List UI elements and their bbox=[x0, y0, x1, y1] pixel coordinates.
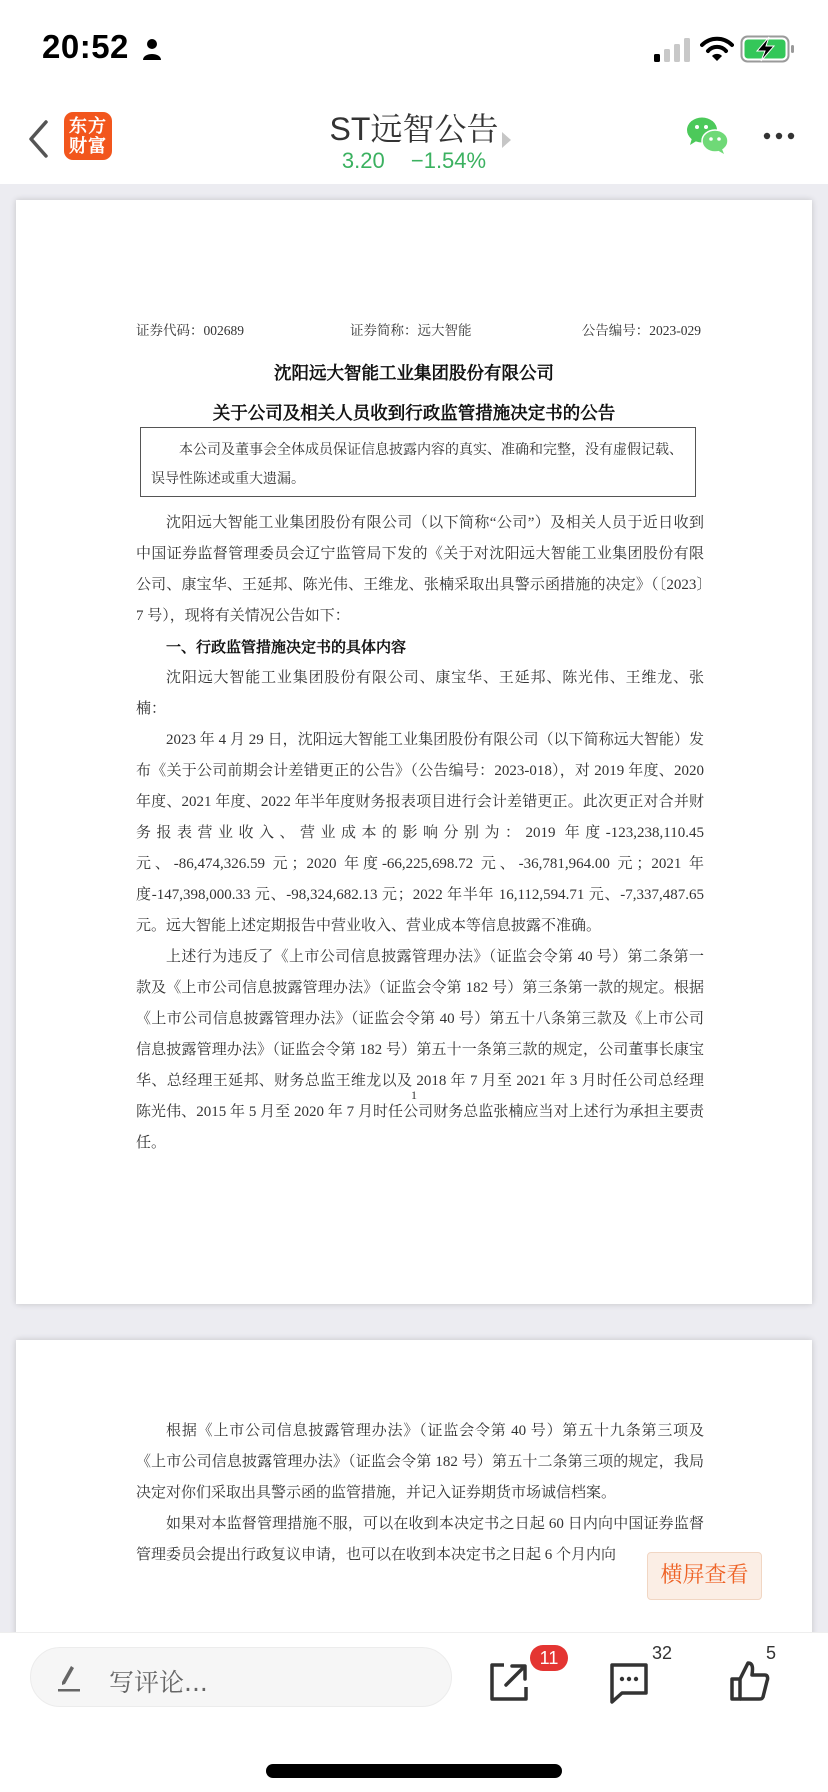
pen-icon bbox=[57, 1664, 81, 1692]
comment-placeholder: 写评论... bbox=[109, 1663, 208, 1699]
wechat-share-icon[interactable] bbox=[686, 116, 730, 156]
document-title: 关于公司及相关人员收到行政监管措施决定书的公告 bbox=[16, 400, 812, 425]
security-code: 证券代码：002689 bbox=[136, 319, 244, 339]
notice-number: 公告编号：2023-029 bbox=[582, 319, 701, 339]
landscape-view-button[interactable]: 横屏查看 bbox=[647, 1552, 762, 1600]
comments-count: 32 bbox=[652, 1643, 672, 1664]
facts-paragraph: 2023 年 4 月 29 日，沈阳远大智能工业集团股份有限公司（以下简称远大智… bbox=[136, 725, 704, 942]
document-body-page-2: 根据《上市公司信息披露管理办法》（证监会令第 40 号）第五十九条第三项及《上市… bbox=[136, 1416, 704, 1571]
document-viewer[interactable]: 证券代码：002689 证券简称：远大智能 公告编号：2023-029 沈阳远大… bbox=[0, 184, 828, 1632]
addressees-paragraph: 沈阳远大智能工业集团股份有限公司、康宝华、王延邦、陈光伟、王维龙、张楠： bbox=[136, 663, 704, 725]
wifi-icon bbox=[700, 36, 734, 62]
signal-icon bbox=[652, 38, 692, 62]
section-heading: 一、行政监管措施决定书的具体内容 bbox=[136, 632, 704, 663]
document-body-page-1: 沈阳远大智能工业集团股份有限公司（以下简称“公司”）及相关人员于近日收到中国证券… bbox=[136, 508, 704, 1159]
document-company-title: 沈阳远大智能工业集团股份有限公司 bbox=[16, 360, 812, 385]
comment-input[interactable]: 写评论... bbox=[30, 1647, 452, 1707]
person-icon bbox=[142, 38, 162, 60]
battery-charging-icon bbox=[740, 35, 796, 63]
title-arrow-icon[interactable] bbox=[502, 132, 511, 148]
violation-paragraph: 上述行为违反了《上市公司信息披露管理办法》（证监会令第 40 号）第二条第一款及… bbox=[136, 942, 704, 1159]
home-indicator[interactable] bbox=[266, 1764, 562, 1778]
nav-bar: 东方 财富 ST远智公告 3.20 −1.54% bbox=[0, 96, 828, 184]
disclaimer-box: 本公司及董事会全体成员保证信息披露内容的真实、准确和完整，没有虚假记载、误导性陈… bbox=[140, 427, 696, 497]
comments-icon[interactable] bbox=[608, 1661, 650, 1705]
share-count-badge: 11 bbox=[530, 1645, 568, 1671]
likes-count: 5 bbox=[766, 1643, 776, 1664]
status-bar: 20:52 bbox=[0, 0, 828, 96]
status-time: 20:52 bbox=[42, 28, 129, 66]
intro-paragraph: 沈阳远大智能工业集团股份有限公司（以下简称“公司”）及相关人员于近日收到中国证券… bbox=[136, 508, 704, 632]
security-short-name: 证券简称：远大智能 bbox=[350, 319, 472, 339]
stock-price: 3.20 bbox=[342, 148, 385, 173]
measure-paragraph: 根据《上市公司信息披露管理办法》（证监会令第 40 号）第五十九条第三项及《上市… bbox=[136, 1416, 704, 1509]
share-icon[interactable] bbox=[488, 1661, 530, 1703]
thumbs-up-icon[interactable] bbox=[728, 1659, 770, 1703]
page-number: 1 bbox=[16, 1088, 812, 1103]
stock-change: −1.54% bbox=[411, 148, 486, 173]
more-icon[interactable] bbox=[762, 130, 796, 142]
document-page-1: 证券代码：002689 证券简称：远大智能 公告编号：2023-029 沈阳远大… bbox=[16, 200, 812, 1304]
appeal-paragraph: 如果对本监督管理措施不服，可以在收到本决定书之日起 60 日内向中国证券监督管理… bbox=[136, 1509, 704, 1571]
